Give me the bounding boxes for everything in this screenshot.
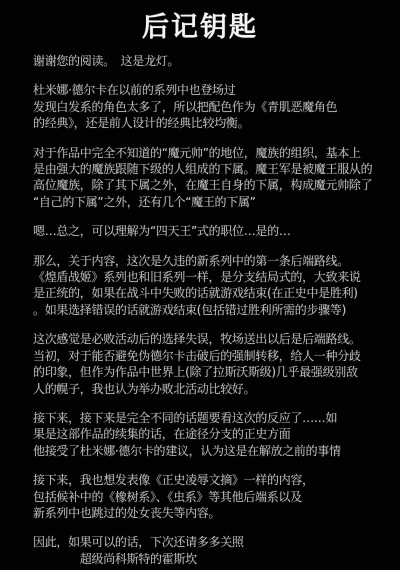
text-line: 接下来，我也想发表像《正史凌辱文摘》一样的内容，: [33, 472, 372, 488]
paragraph: 对于作品中完全不知道的“魔元帅”的地位，魔族的组织，基本上是由强大的魔族跟随下级…: [33, 145, 372, 211]
text-line: 那么，关于内容，这次是久违的新系列中的第一条后端路线。: [33, 253, 372, 269]
text-line: 超级尚科斯特的霍斯坎: [33, 551, 372, 567]
text-line: 接下来，接下来是完全不同的话题要看这次的反应了……如: [33, 410, 372, 426]
text-line: 高位魔族，除了其下属之外，在魔王自身的下属，构成魔元帅除了: [33, 177, 372, 193]
paragraph: 因此，如果可以的话，下次还请多多关照 超级尚科斯特的霍斯坎: [33, 534, 372, 567]
text-line: 他接受了杜米娜·德尔卡的建议，认为这是在解放之前的事情: [33, 443, 372, 459]
text-line: 包括候补中的《橡树系》、《虫系》等其他后端系以及: [33, 489, 372, 505]
text-line: 对于作品中完全不知道的“魔元帅”的地位，魔族的组织，基本上: [33, 145, 372, 161]
text-line: 的印象，但作为作品中世界上(除了拉斯沃斯级)几乎最强级别敌: [33, 364, 372, 380]
paragraph: 杜米娜·德尔卡在以前的系列中也登场过发现白发系的角色太多了，所以把配色作为《青肌…: [33, 82, 372, 131]
paragraph: 这次感觉是必败活动后的选择失误，牧场送出以后是后端路线。当初，对于能否避免伪德尔…: [33, 331, 372, 397]
text-line: 杜米娜·德尔卡在以前的系列中也登场过: [33, 82, 372, 98]
text-line: 新系列中也跳过的处女丧失等内容。: [33, 505, 372, 521]
text-line: 是正统的，如果在战斗中失败的话就游戏结束(在正史中是胜利): [33, 285, 372, 301]
text-line: 当初，对于能否避免伪德尔卡击破后的强制转移，给人一种分歧: [33, 348, 372, 364]
paragraph: 谢谢您的阅读。 这是龙灯。: [33, 53, 372, 69]
text-line: 谢谢您的阅读。 这是龙灯。: [33, 53, 372, 69]
text-line: “自己的下属”之外，还有几个“魔王的下属”: [33, 194, 372, 210]
page-title: 后记钥匙: [0, 5, 400, 44]
text-line: 这次感觉是必败活动后的选择失误，牧场送出以后是后端路线。: [33, 331, 372, 347]
text-line: 的经典》，还是前人设计的经典比较均衡。: [33, 115, 372, 131]
text-line: 。如果选择错误的话就游戏结束(包括错过胜利所需的步骤等): [33, 302, 372, 318]
text-line: 果是这部作品的续集的话，在途径分支的正史方面: [33, 426, 372, 442]
text-line: 嗯…总之，可以理解为“四天王”式的职位…是的…: [33, 223, 372, 239]
paragraph: 嗯…总之，可以理解为“四天王”式的职位…是的…: [33, 223, 372, 239]
text-line: 人的幌子，我也认为举办败北活动比较好。: [33, 381, 372, 397]
afterword-content: 谢谢您的阅读。 这是龙灯。杜米娜·德尔卡在以前的系列中也登场过发现白发系的角色太…: [0, 53, 400, 567]
text-line: 发现白发系的角色太多了，所以把配色作为《青肌恶魔角色: [33, 99, 372, 115]
afterword-page: 后记钥匙 谢谢您的阅读。 这是龙灯。杜米娜·德尔卡在以前的系列中也登场过发现白发…: [0, 0, 400, 570]
paragraph: 那么，关于内容，这次是久违的新系列中的第一条后端路线。《煌盾战姬》系列也和旧系列…: [33, 253, 372, 319]
text-line: 因此，如果可以的话，下次还请多多关照: [33, 534, 372, 550]
paragraph: 接下来，我也想发表像《正史凌辱文摘》一样的内容，包括候补中的《橡树系》、《虫系》…: [33, 472, 372, 521]
text-line: 《煌盾战姬》系列也和旧系列一样，是分支结局式的，大致来说: [33, 269, 372, 285]
text-line: 是由强大的魔族跟随下级的人组成的下属。魔王军是被魔王服从的: [33, 161, 372, 177]
paragraph: 接下来，接下来是完全不同的话题要看这次的反应了……如果是这部作品的续集的话，在途…: [33, 410, 372, 459]
